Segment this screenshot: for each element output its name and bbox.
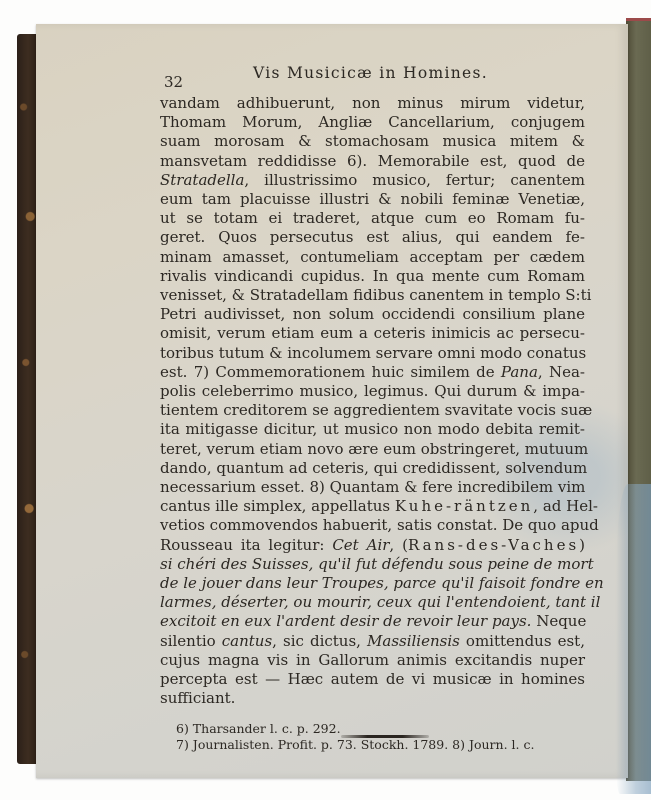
text-line: Rousseau ita legitur: Cet Air, (Rans-des… bbox=[160, 536, 585, 555]
text-line: polis celeberrimo musico, legimus. Qui d… bbox=[160, 382, 585, 401]
text-line: omisit, verum etiam eum a ceteris inimic… bbox=[160, 324, 585, 343]
page-text-block: 32 Vis Musicicæ in Homines. vandam adhib… bbox=[160, 60, 595, 753]
text-line: percepta est — Hæc autem de vi musicæ in… bbox=[160, 670, 585, 689]
text-line: ut se totam ei traderet, atque cum eo Ro… bbox=[160, 209, 585, 228]
text-line: geret. Quos persecutus est alius, qui ea… bbox=[160, 228, 585, 247]
text-line: venisset, & Stratadellam fidibus canente… bbox=[160, 286, 585, 305]
text-line: Thomam Morum, Angliæ Cancellarium, conju… bbox=[160, 113, 585, 132]
page-number: 32 bbox=[164, 73, 183, 91]
text-line: rivalis vindicandi cupidus. In qua mente… bbox=[160, 267, 585, 286]
text-line: necessarium esset. 8) Quantam & fere inc… bbox=[160, 478, 585, 497]
running-head: 32 Vis Musicicæ in Homines. bbox=[160, 60, 595, 86]
text-line: Petri audivisset, non solum occidendi co… bbox=[160, 305, 585, 324]
text-line: minam amasset, contumeliam acceptam per … bbox=[160, 248, 585, 267]
italic-term: Cet Air bbox=[332, 536, 389, 554]
text-line-italic: si chéri des Suisses, qu'il fut défendu … bbox=[160, 555, 585, 574]
italic-name: Stratadella bbox=[160, 171, 244, 189]
end-rule-ornament bbox=[341, 735, 429, 738]
text-line: cujus magna vis in Gallorum animis excit… bbox=[160, 651, 585, 670]
text-line: toribus tutum & incolumem servare omni m… bbox=[160, 344, 585, 363]
italic-name: Pana bbox=[501, 363, 538, 381]
text-line-italic: de le jouer dans leur Troupes, parce qu'… bbox=[160, 574, 585, 593]
text-line: tientem creditorem se aggredientem svavi… bbox=[160, 401, 585, 420]
running-head-title: Vis Musicicæ in Homines. bbox=[253, 64, 488, 82]
text-line: cantus ille simplex, appellatus Kuhe-rän… bbox=[160, 497, 585, 516]
spaced-term: Kuhe-räntzen bbox=[395, 497, 533, 515]
text-line: ita mitigasse dicitur, ut musico non mod… bbox=[160, 420, 585, 439]
text-line: eum tam placuisse illustri & nobili femi… bbox=[160, 190, 585, 209]
text-line: Stratadella, illustrissimo musico, fertu… bbox=[160, 171, 585, 190]
text-line: vandam adhibuerunt, non minus mirum vide… bbox=[160, 94, 585, 113]
text-line: dando, quantum ad ceteris, qui credidiss… bbox=[160, 459, 585, 478]
text-line: sufficiant. bbox=[160, 689, 585, 708]
body-text: vandam adhibuerunt, non minus mirum vide… bbox=[160, 94, 595, 709]
text-line: mansvetam reddidisse 6). Memorabile est,… bbox=[160, 152, 585, 171]
text-line: silentio cantus, sic dictus, Massiliensi… bbox=[160, 632, 585, 651]
text-line: vetios commovendos habuerit, satis const… bbox=[160, 516, 585, 535]
spaced-term: Rans-des-Vaches bbox=[408, 536, 579, 554]
text-line: suam morosam & stomachosam musica mitem … bbox=[160, 132, 585, 151]
photo-scene: 32 Vis Musicicæ in Homines. vandam adhib… bbox=[0, 0, 651, 800]
text-line: est. 7) Commemorationem huic similem de … bbox=[160, 363, 585, 382]
water-stain bbox=[616, 484, 651, 794]
text-line: teret, verum etiam novo ære eum obstring… bbox=[160, 440, 585, 459]
footnote-7-8: 7) Journalisten. Profit. p. 73. Stockh. … bbox=[176, 737, 595, 753]
text-line-italic: larmes, déserter, ou mourir, ceux qui l'… bbox=[160, 593, 585, 612]
text-line: excitoit en eux l'ardent desir de revoir… bbox=[160, 612, 585, 631]
